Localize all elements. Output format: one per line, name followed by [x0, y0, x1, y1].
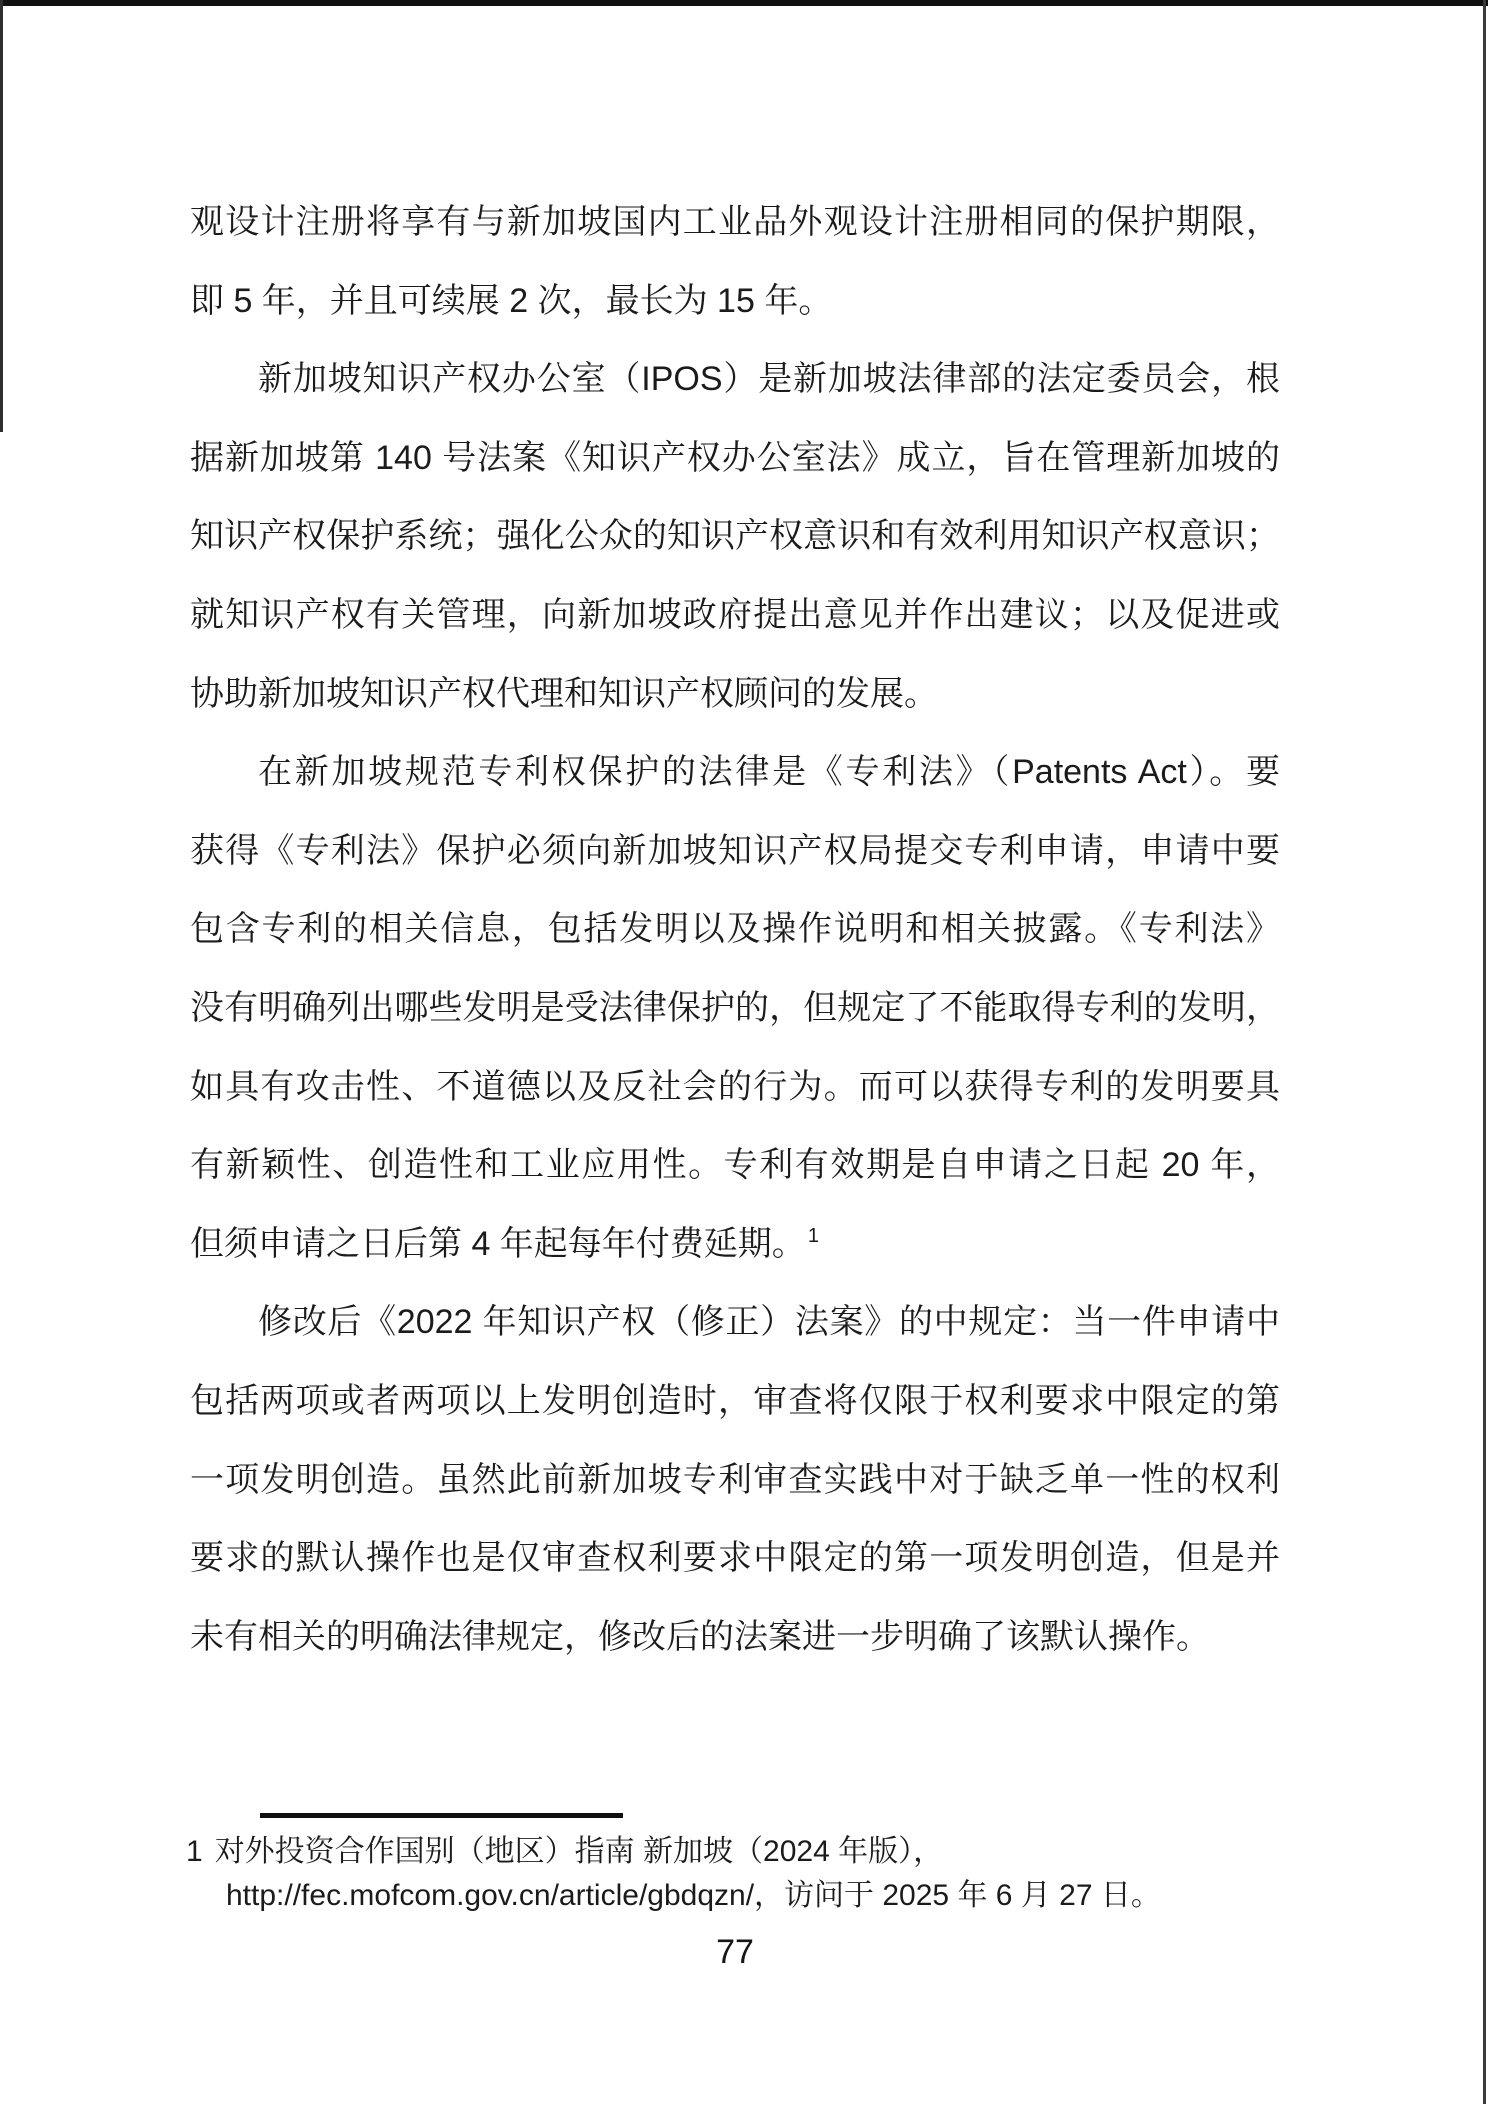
text-line-content: 没有明确列出哪些发明是受法律保护的，但规定了不能取得专利的发明， — [190, 989, 1280, 1027]
text-line-content: 要求的默认操作也是仅审查权利要求中限定的第一项发明创造，但是并 — [190, 1539, 1280, 1577]
page-edge-top — [0, 0, 1488, 6]
text-line: 一项发明创造。虽然此前新加坡专利审查实践中对于缺乏单一性的权利 — [190, 1441, 1280, 1520]
text-line: 有新颖性、创造性和工业应用性。专利有效期是自申请之日起 20 年， — [190, 1126, 1280, 1205]
footnote-separator — [260, 1813, 623, 1818]
text-line-content: 即 5 年，并且可续展 2 次，最长为 15 年。 — [190, 282, 832, 320]
text-line-content: 协助新加坡知识产权代理和知识产权顾问的发展。 — [190, 675, 938, 713]
text-line: 包含专利的相关信息，包括发明以及操作说明和相关披露。《专利法》 — [190, 890, 1280, 969]
text-line: 就知识产权有关管理，向新加坡政府提出意见并作出建议；以及促进或 — [190, 576, 1280, 655]
page-number: 77 — [190, 1930, 1280, 1974]
footnote: 1对外投资合作国别（地区）指南 新加坡（2024 年版）， http://fec… — [186, 1830, 1286, 1918]
page-body: 观设计注册将享有与新加坡国内工业品外观设计注册相同的保护期限，即 5 年，并且可… — [190, 183, 1280, 1676]
footnote-reference: 1 — [808, 1225, 819, 1247]
text-line-content: 就知识产权有关管理，向新加坡政府提出意见并作出建议；以及促进或 — [190, 596, 1280, 634]
footnote-url: http://fec.mofcom.gov.cn/article/gbdqzn/… — [226, 1879, 1161, 1912]
text-line: 包括两项或者两项以上发明创造时，审查将仅限于权利要求中限定的第 — [190, 1362, 1280, 1441]
text-line-content: 新加坡知识产权办公室（IPOS）是新加坡法律部的法定委员会，根 — [258, 360, 1280, 398]
text-line-content: 知识产权保护系统；强化公众的知识产权意识和有效利用知识产权意识； — [190, 517, 1280, 555]
text-line: 协助新加坡知识产权代理和知识产权顾问的发展。 — [190, 655, 1280, 734]
text-line-content: 观设计注册将享有与新加坡国内工业品外观设计注册相同的保护期限， — [190, 203, 1280, 241]
text-line: 但须申请之日后第 4 年起每年付费延期。1 — [190, 1205, 1280, 1284]
text-line: 修改后《2022 年知识产权（修正）法案》的中规定：当一件申请中 — [190, 1283, 1280, 1362]
text-line-content: 包括两项或者两项以上发明创造时，审查将仅限于权利要求中限定的第 — [190, 1382, 1280, 1420]
text-line-content: 据新加坡第 140 号法案《知识产权办公室法》成立，旨在管理新加坡的 — [190, 439, 1280, 477]
text-line: 要求的默认操作也是仅审查权利要求中限定的第一项发明创造，但是并 — [190, 1519, 1280, 1598]
text-line: 据新加坡第 140 号法案《知识产权办公室法》成立，旨在管理新加坡的 — [190, 419, 1280, 498]
page-edge-left — [0, 0, 3, 432]
page-edge-right — [1483, 0, 1486, 2104]
text-line: 观设计注册将享有与新加坡国内工业品外观设计注册相同的保护期限， — [190, 183, 1280, 262]
text-line-content: 如具有攻击性、不道德以及反社会的行为。而可以获得专利的发明要具 — [190, 1068, 1280, 1106]
text-line: 即 5 年，并且可续展 2 次，最长为 15 年。 — [190, 262, 1280, 341]
text-line-content: 有新颖性、创造性和工业应用性。专利有效期是自申请之日起 20 年， — [190, 1146, 1280, 1184]
footnote-line: 1对外投资合作国别（地区）指南 新加坡（2024 年版）， — [186, 1830, 1286, 1874]
text-line: 如具有攻击性、不道德以及反社会的行为。而可以获得专利的发明要具 — [190, 1048, 1280, 1127]
text-line: 新加坡知识产权办公室（IPOS）是新加坡法律部的法定委员会，根 — [190, 340, 1280, 419]
text-line-content: 但须申请之日后第 4 年起每年付费延期。 — [190, 1225, 806, 1263]
footnote-marker: 1 — [186, 1835, 203, 1868]
text-line: 获得《专利法》保护必须向新加坡知识产权局提交专利申请，申请中要 — [190, 812, 1280, 891]
document-page: 观设计注册将享有与新加坡国内工业品外观设计注册相同的保护期限，即 5 年，并且可… — [0, 0, 1488, 2104]
text-line: 未有相关的明确法律规定，修改后的法案进一步明确了该默认操作。 — [190, 1598, 1280, 1677]
text-line-content: 包含专利的相关信息，包括发明以及操作说明和相关披露。《专利法》 — [190, 910, 1280, 948]
text-line-content: 一项发明创造。虽然此前新加坡专利审查实践中对于缺乏单一性的权利 — [190, 1461, 1280, 1499]
text-line-content: 修改后《2022 年知识产权（修正）法案》的中规定：当一件申请中 — [258, 1303, 1280, 1341]
text-line: 知识产权保护系统；强化公众的知识产权意识和有效利用知识产权意识； — [190, 497, 1280, 576]
footnote-text: 对外投资合作国别（地区）指南 新加坡（2024 年版）， — [215, 1835, 943, 1868]
text-line: 在新加坡规范专利权保护的法律是《专利法》（Patents Act）。要 — [190, 733, 1280, 812]
footnote-line: http://fec.mofcom.gov.cn/article/gbdqzn/… — [186, 1874, 1286, 1918]
text-line-content: 在新加坡规范专利权保护的法律是《专利法》（Patents Act）。要 — [258, 753, 1280, 791]
text-line-content: 未有相关的明确法律规定，修改后的法案进一步明确了该默认操作。 — [190, 1618, 1210, 1656]
text-line: 没有明确列出哪些发明是受法律保护的，但规定了不能取得专利的发明， — [190, 969, 1280, 1048]
text-line-content: 获得《专利法》保护必须向新加坡知识产权局提交专利申请，申请中要 — [190, 832, 1280, 870]
